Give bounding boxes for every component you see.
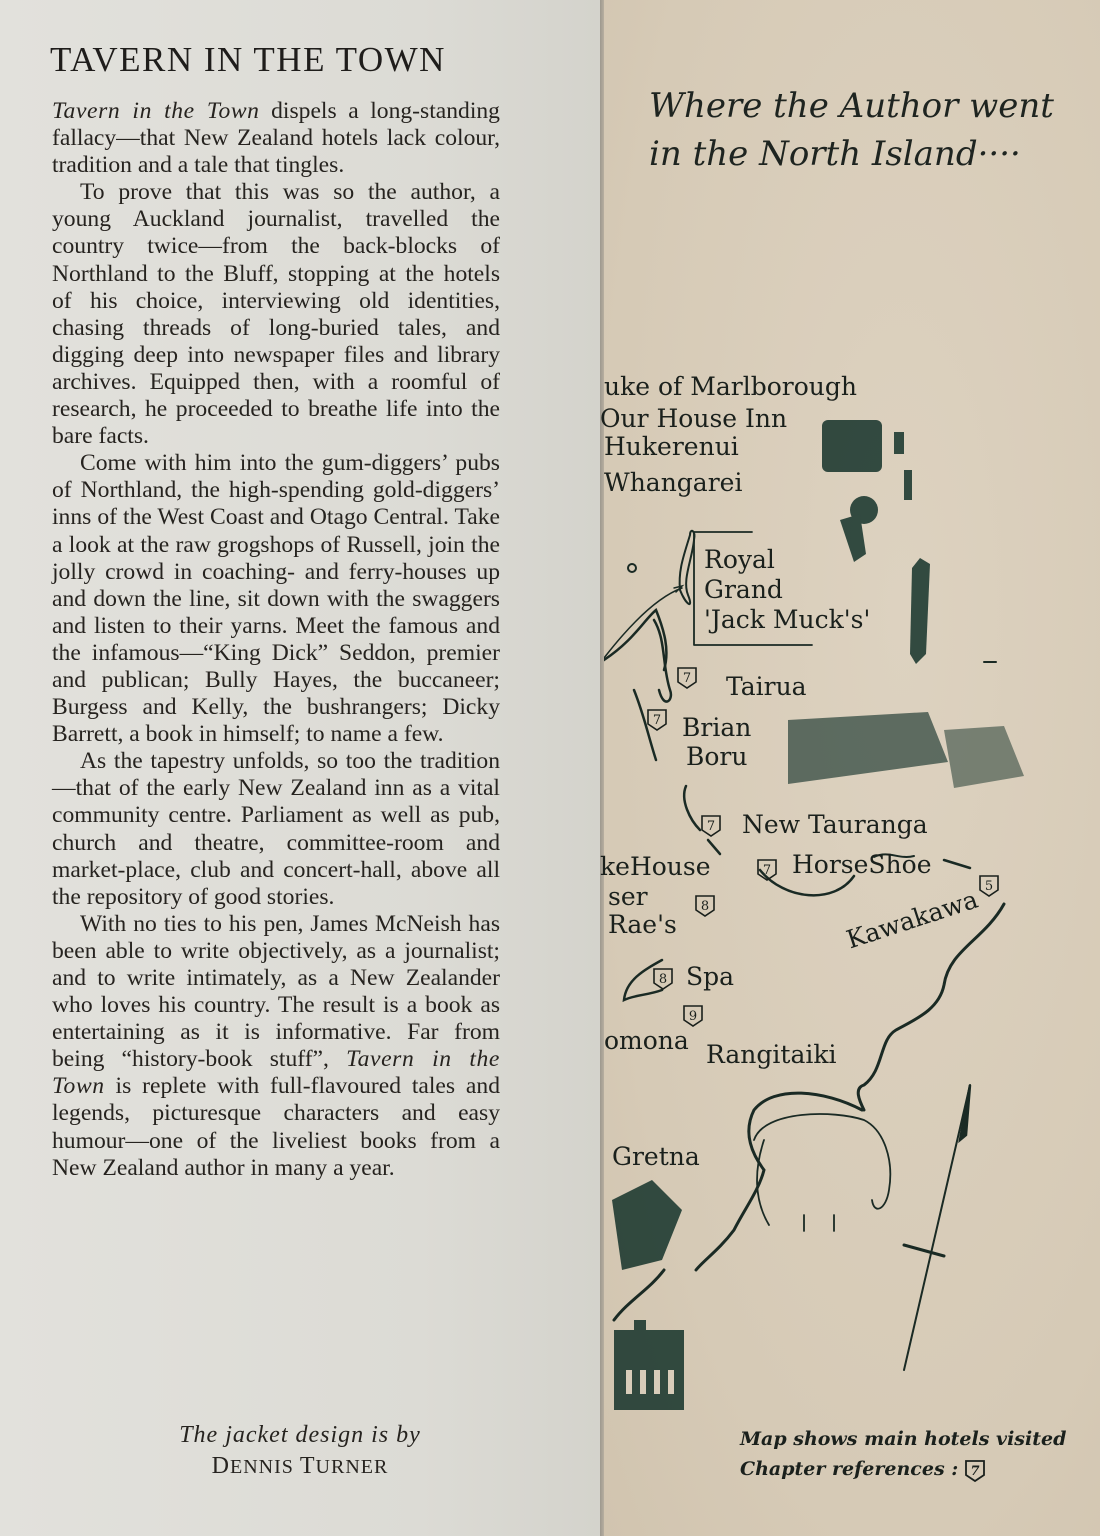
map-place-label: keHouse (600, 852, 711, 881)
legend-hotels-note: Map shows main hotels visited (740, 1424, 1066, 1454)
map-place-label: uke of Marlborough (604, 372, 857, 401)
map-place-label: New Tauranga (742, 810, 928, 839)
svg-text:8: 8 (659, 972, 667, 987)
map-place-label: Our House Inn (600, 404, 787, 433)
map-place-label: Rae's (608, 910, 677, 939)
svg-text:7: 7 (971, 1464, 980, 1479)
map-place-label: ser (608, 882, 648, 911)
blurb-paragraph-3: Come with him into the gum-diggers’ pubs… (52, 450, 500, 748)
jacket-design-credit: The jacket design is by DENNIS TURNER (60, 1422, 540, 1480)
map-place-label: HorseShoe (792, 850, 932, 879)
map-legend: Map shows main hotels visited Chapter re… (740, 1424, 1066, 1484)
chapter-shield-icon: 7 (676, 664, 698, 690)
north-island-map: Where the Author went in the North Islan… (604, 0, 1100, 1536)
blurb-paragraph-4: As the tapestry unfolds, so too the trad… (52, 748, 500, 911)
svg-text:9: 9 (689, 1009, 697, 1024)
map-illustration (604, 0, 1100, 1536)
credit-label: The jacket design is by (60, 1422, 540, 1449)
svg-text:7: 7 (653, 713, 661, 728)
chapter-shield-icon: 7 (964, 1455, 986, 1483)
blurb-paragraph-2: To prove that this was so the author, a … (52, 179, 500, 450)
chapter-shield-icon: 7 (646, 706, 668, 732)
blurb-paragraph-5: With no ties to his pen, James McNeish h… (52, 911, 500, 1182)
chapter-shield-icon: 7 (700, 812, 722, 838)
map-place-label: Brian (682, 713, 751, 742)
chapter-shield-icon: 9 (682, 1002, 704, 1028)
blurb-text: Tavern in the Town dispels a long-standi… (52, 98, 500, 1182)
map-place-label: Grand (704, 575, 783, 604)
book-title-italic: Tavern in the Town (52, 98, 260, 124)
blurb-paragraph-1: Tavern in the Town dispels a long-standi… (52, 98, 500, 179)
map-place-label: Boru (686, 742, 747, 771)
map-place-label: 'Jack Muck's' (704, 605, 870, 634)
map-place-label: Rangitaiki (706, 1040, 837, 1069)
map-place-label: Spa (686, 962, 734, 991)
book-title: TAVERN IN THE TOWN (50, 40, 500, 80)
svg-text:7: 7 (763, 863, 771, 878)
chapter-shield-icon: 8 (652, 965, 674, 991)
svg-text:7: 7 (683, 671, 691, 686)
map-title: Where the Author went in the North Islan… (649, 82, 1099, 178)
map-place-label: Gretna (612, 1142, 700, 1171)
map-place-label: Whangarei (604, 468, 742, 497)
svg-text:7: 7 (707, 819, 715, 834)
jacket-flap: TAVERN IN THE TOWN Tavern in the Town di… (0, 0, 600, 1536)
map-place-label: Tairua (726, 672, 807, 701)
map-place-label: Hukerenui (604, 432, 739, 461)
designer-name: DENNIS TURNER (60, 1453, 540, 1480)
chapter-shield-icon: 5 (978, 872, 1000, 898)
chapter-shield-icon: 7 (756, 856, 778, 882)
map-place-label: omona (604, 1026, 689, 1055)
svg-text:5: 5 (985, 879, 993, 894)
svg-text:8: 8 (701, 899, 709, 914)
legend-chapter-references: Chapter references : 7 (740, 1454, 1066, 1484)
map-place-label: Royal (704, 545, 775, 574)
chapter-shield-icon: 8 (694, 892, 716, 918)
